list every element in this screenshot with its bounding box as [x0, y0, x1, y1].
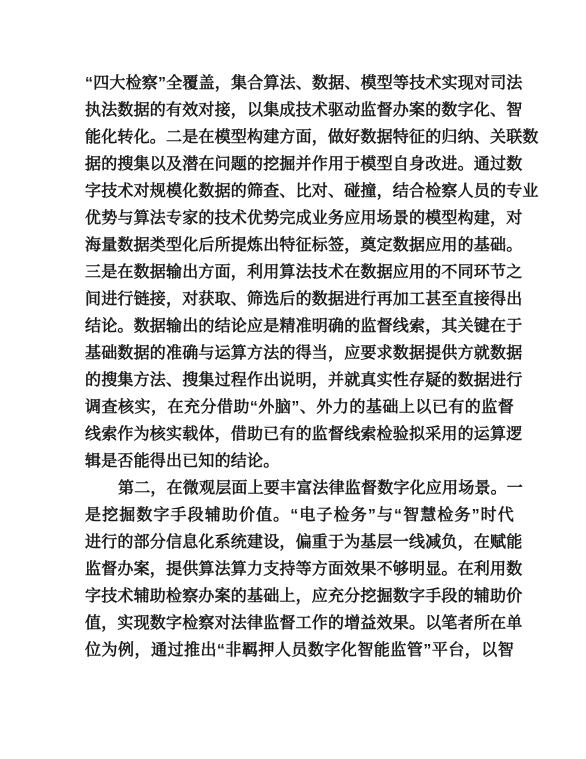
text-line: 进行的部分信息化系统建设，偏重于为基层一线减负，在赋能 [85, 529, 514, 556]
text-line: 字技术辅助检察办案的基础上，应充分挖掘数字手段的辅助价 [85, 583, 514, 610]
text-line: 执法数据的有效对接，以集成技术驱动监督办案的数字化、智 [85, 97, 514, 124]
text-line: 调查核实，在充分借助“外脑”、外力的基础上以已有的监督 [85, 394, 514, 421]
text-line: 优势与算法专家的技术优势完成业务应用场景的模型构建，对 [85, 205, 514, 232]
paragraph-1: “四大检察”全覆盖，集合算法、数据、模型等技术实现对司法执法数据的有效对接，以集… [85, 70, 514, 475]
text-line: 是挖掘数字手段辅助价值。“电子检务”与“智慧检务”时代 [85, 502, 514, 529]
text-line: 三是在数据输出方面，利用算法技术在数据应用的不同环节之 [85, 259, 514, 286]
text-line: 监督办案，提供算法算力支持等方面效果不够明显。在利用数 [85, 556, 514, 583]
text-line: 位为例，通过推出“非羁押人员数字化智能监管”平台，以智 [85, 637, 514, 664]
text-line: 辑是否能得出已知的结论。 [85, 448, 514, 475]
text-line: 第二，在微观层面上要丰富法律监督数字化应用场景。一 [85, 475, 514, 502]
text-line: “四大检察”全覆盖，集合算法、数据、模型等技术实现对司法 [85, 70, 514, 97]
text-line: 海量数据类型化后所提炼出特征标签，奠定数据应用的基础。 [85, 232, 514, 259]
text-line: 能化转化。二是在模型构建方面，做好数据特征的归纳、关联数 [85, 124, 514, 151]
text-line: 字技术对规模化数据的筛查、比对、碰撞，结合检察人员的专业 [85, 178, 514, 205]
text-line: 结论。数据输出的结论应是精准明确的监督线索，其关键在于 [85, 313, 514, 340]
text-line: 间进行链接，对获取、筛选后的数据进行再加工甚至直接得出 [85, 286, 514, 313]
paragraph-2: 第二，在微观层面上要丰富法律监督数字化应用场景。一是挖掘数字手段辅助价值。“电子… [85, 475, 514, 664]
document-page: “四大检察”全覆盖，集合算法、数据、模型等技术实现对司法执法数据的有效对接，以集… [0, 0, 586, 759]
text-line: 据的搜集以及潜在问题的挖掘并作用于模型自身改进。通过数 [85, 151, 514, 178]
text-line: 基础数据的准确与运算方法的得当，应要求数据提供方就数据 [85, 340, 514, 367]
document-text: “四大检察”全覆盖，集合算法、数据、模型等技术实现对司法执法数据的有效对接，以集… [85, 70, 514, 664]
text-line: 值，实现数字检察对法律监督工作的增益效果。以笔者所在单 [85, 610, 514, 637]
text-line: 的搜集方法、搜集过程作出说明，并就真实性存疑的数据进行 [85, 367, 514, 394]
text-line: 线索作为核实载体，借助已有的监督线索检验拟采用的运算逻 [85, 421, 514, 448]
